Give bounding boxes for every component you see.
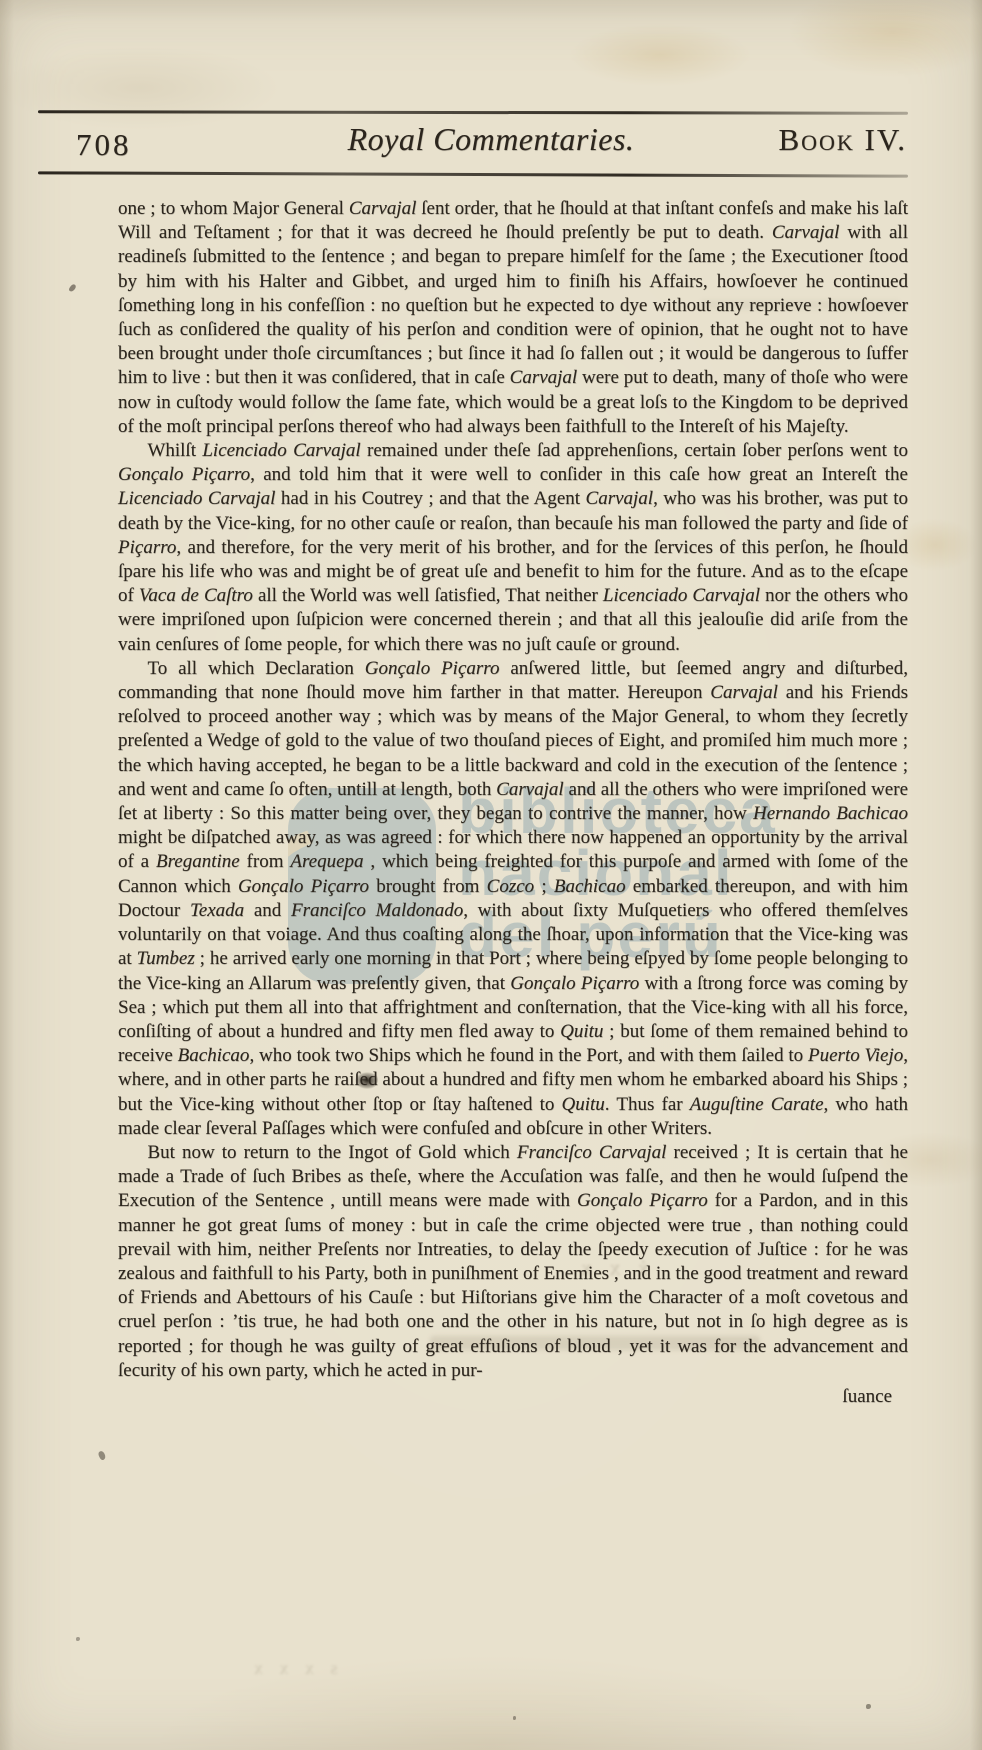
proper-noun: Bregantine xyxy=(156,851,240,872)
ink-speck xyxy=(76,1637,80,1641)
text-segment: remained under theſe ſad apprehenſions, … xyxy=(361,440,908,461)
text-segment: Whilſt xyxy=(147,440,202,461)
bleedthrough-mark: s x x x xyxy=(248,1658,338,1679)
proper-noun: Vaca de Caſtro xyxy=(139,585,253,606)
text-segment: brought from xyxy=(369,876,487,897)
proper-noun: Gonçalo Piçarro xyxy=(365,658,500,679)
text-segment: had in his Coutrey ; and that the Agent xyxy=(275,488,585,509)
text-segment: for a Pardon, and in this manner he got … xyxy=(118,1190,908,1380)
proper-noun: Licenciado Carvajal xyxy=(202,440,360,461)
proper-noun: Texada xyxy=(190,900,244,921)
ink-speck xyxy=(68,283,77,292)
ink-speck xyxy=(866,1704,871,1709)
text-segment: all the World was well ſatisfied, That n… xyxy=(253,585,603,606)
text-segment: with all readineſs ſubmitted to the ſent… xyxy=(118,222,908,388)
book-label: Book IV. xyxy=(778,122,907,158)
proper-noun: Carvajal xyxy=(772,222,840,243)
proper-noun: Gonçalo Piçarro xyxy=(118,464,250,485)
proper-noun: Gonçalo Piçarro xyxy=(238,876,369,897)
proper-noun: Gonçalo Piçarro xyxy=(577,1190,708,1211)
paragraph: one ; to whom Major General Carvajal ſen… xyxy=(118,197,908,439)
proper-noun: Bachicao xyxy=(554,876,626,897)
ink-speck xyxy=(97,1450,107,1461)
ink-blotted-text: ſed xyxy=(354,1069,377,1090)
proper-noun: Carvajal xyxy=(496,779,564,800)
proper-noun: Quitu xyxy=(560,1021,603,1042)
proper-noun: Franciſco Maldonado xyxy=(291,900,463,921)
proper-noun: Gonçalo Piçarro xyxy=(510,973,639,994)
text-segment: and xyxy=(244,900,291,921)
proper-noun: Hernando Bachicao xyxy=(753,803,908,824)
proper-noun: Auguſtine Carate xyxy=(690,1094,824,1115)
text-segment: one ; to whom Major General xyxy=(118,198,349,219)
catchword: ſuance xyxy=(118,1385,908,1409)
header-rule-bottom xyxy=(38,171,908,177)
proper-noun: Carvajal xyxy=(586,488,654,509)
paragraph: Whilſt Licenciado Carvajal remained unde… xyxy=(118,439,908,657)
text-segment: , who took two Ships which he found in t… xyxy=(249,1045,808,1066)
proper-noun: Puerto Viejo xyxy=(808,1045,903,1066)
text-segment: from xyxy=(240,851,291,872)
book-page: 708 Royal Commentaries. Book IV. bibliot… xyxy=(0,0,982,1750)
paragraph: To all which Declaration Gonçalo Piçarro… xyxy=(118,657,908,1141)
text-segment: , and told him that it were well to conſ… xyxy=(250,464,908,485)
proper-noun: Carvajal xyxy=(710,682,778,703)
proper-noun: Quitu xyxy=(562,1094,605,1115)
proper-noun: Licenciado Carvajal xyxy=(603,585,760,606)
proper-noun: Carvajal xyxy=(349,198,417,219)
text-body: one ; to whom Major General Carvajal ſen… xyxy=(118,197,908,1409)
proper-noun: Cozco xyxy=(487,876,535,897)
proper-noun: Piçarro xyxy=(118,537,176,558)
proper-noun: Tumbez xyxy=(137,948,195,969)
proper-noun: Franciſco Carvajal xyxy=(517,1142,667,1163)
text-segment: ; xyxy=(534,876,554,897)
proper-noun: Arequepa xyxy=(290,851,363,872)
paragraph: But now to return to the Ingot of Gold w… xyxy=(118,1141,908,1383)
text-segment: To all which Declaration xyxy=(147,658,364,679)
ink-speck xyxy=(513,1716,516,1720)
proper-noun: Licenciado Carvajal xyxy=(118,488,275,509)
proper-noun: Bachicao xyxy=(178,1045,250,1066)
proper-noun: Carvajal xyxy=(510,367,578,388)
text-segment: But now to return to the Ingot of Gold w… xyxy=(147,1142,516,1163)
header-rule-top xyxy=(38,110,908,115)
text-segment: . Thus far xyxy=(605,1094,690,1115)
